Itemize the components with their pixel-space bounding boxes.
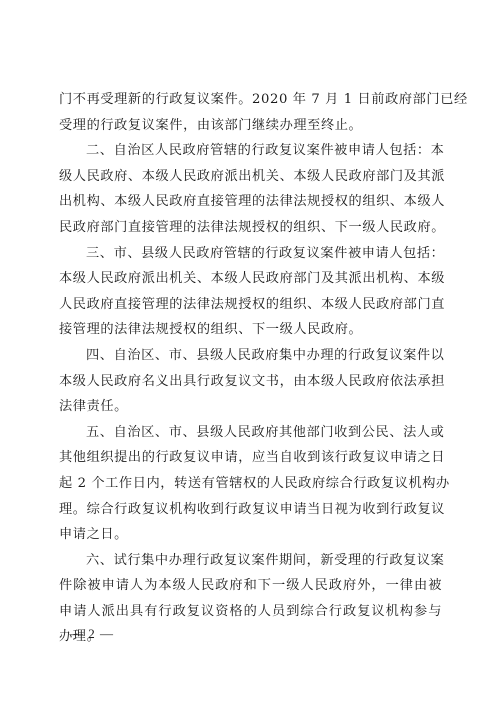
paragraph-6-start: 六、试行集中办理行政复议案件期间，新受理的行政复议案: [59, 548, 442, 574]
text-line: 民政府部门直接管理的法律法规授权的组织、下一级人民政府。: [59, 215, 442, 241]
text-line: 受理的行政复议案件，由该部门继续办理至终止。: [59, 113, 442, 139]
text-line: 申请人派出具有行政复议资格的人员到综合行政复议机构参与: [59, 599, 442, 625]
body-text: 门不再受理新的行政复议案件。2020 年 7 月 1 日前政府部门已经 受理的行…: [59, 87, 442, 650]
text-line: 其他组织提出的行政复议申请，应当自收到该行政复议申请之日: [59, 445, 442, 471]
paragraph-5-start: 五、自治区、市、县级人民政府其他部门收到公民、法人或: [59, 420, 442, 446]
document-page: 门不再受理新的行政复议案件。2020 年 7 月 1 日前政府部门已经 受理的行…: [0, 0, 496, 702]
text-line: 级人民政府、本级人民政府派出机关、本级人民政府部门及其派: [59, 164, 442, 190]
text-line: 出机构、本级人民政府直接管理的法律法规授权的组织、本级人: [59, 189, 442, 215]
text-line: 本级人民政府派出机关、本级人民政府部门及其派出机构、本级: [59, 266, 442, 292]
page-number: — 2 —: [70, 626, 114, 642]
text-line: 接管理的法律法规授权的组织、下一级人民政府。: [59, 317, 442, 343]
paragraph-3-start: 三、市、县级人民政府管辖的行政复议案件被申请人包括：: [59, 241, 442, 267]
text-line: 门不再受理新的行政复议案件。2020 年 7 月 1 日前政府部门已经: [59, 87, 442, 113]
text-line: 件除被申请人为本级人民政府和下一级人民政府外，一律由被: [59, 573, 442, 599]
text-line: 申请之日。: [59, 522, 442, 548]
paragraph-4-start: 四、自治区、市、县级人民政府集中办理的行政复议案件以: [59, 343, 442, 369]
text-line: 本级人民政府名义出具行政复议文书，由本级人民政府依法承担: [59, 369, 442, 395]
text-line: 人民政府直接管理的法律法规授权的组织、本级人民政府部门直: [59, 292, 442, 318]
text-line: 起 2 个工作日内，转送有管辖权的人民政府综合行政复议机构办: [59, 471, 442, 497]
text-line: 办理。: [59, 624, 442, 650]
text-line: 法律责任。: [59, 394, 442, 420]
paragraph-2-start: 二、自治区人民政府管辖的行政复议案件被申请人包括：本: [59, 138, 442, 164]
text-line: 理。综合行政复议机构收到行政复议申请当日视为收到行政复议: [59, 497, 442, 523]
